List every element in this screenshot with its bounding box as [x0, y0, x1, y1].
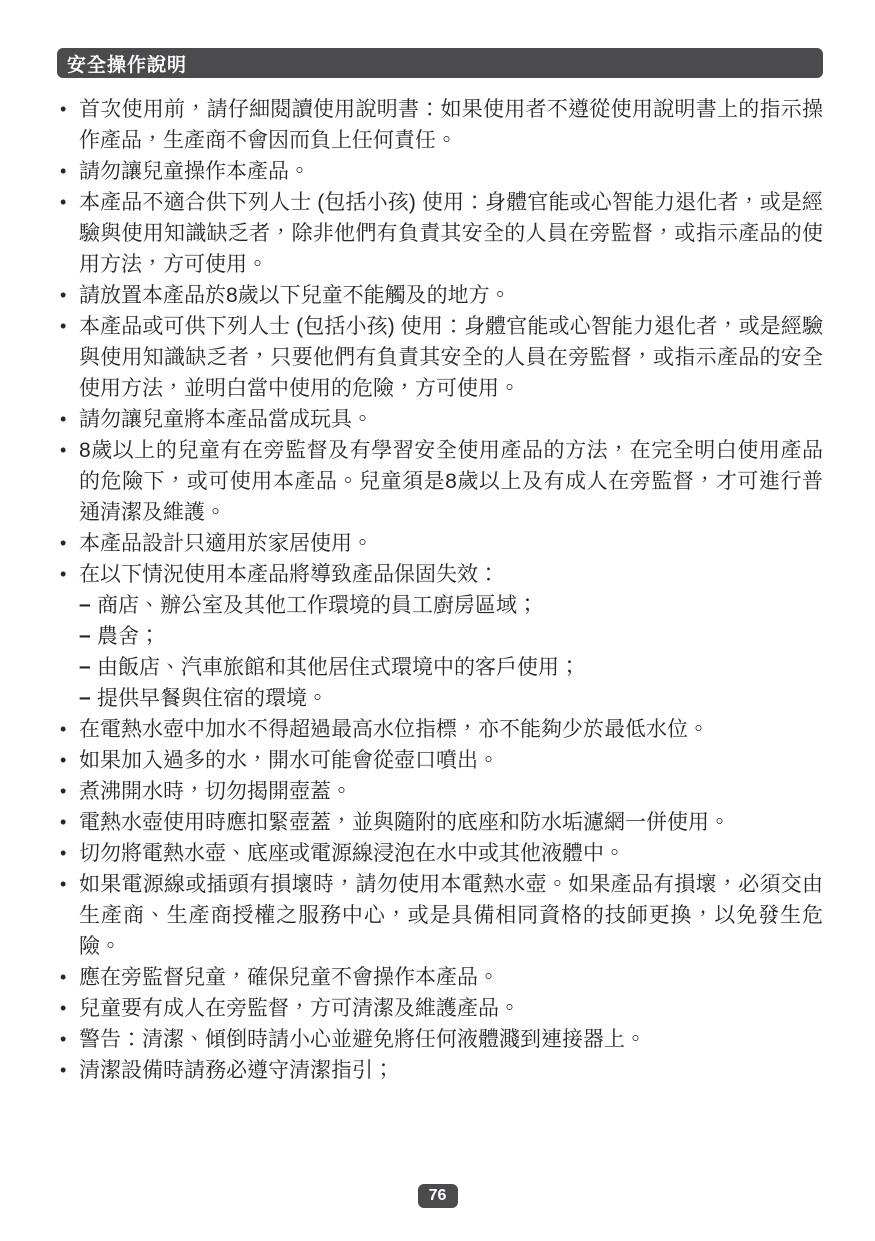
sub-item: – 由飯店、汽車旅館和其他居住式環境中的客戶使用；: [79, 652, 823, 683]
manual-page: 安全操作說明 • 首次使用前，請仔細閱讀使用說明書：如果使用者不遵從使用說明書上…: [0, 0, 875, 1241]
safety-bullet: • 本產品或可供下列人士 (包括小孩) 使用：身體官能或心智能力退化者，或是經驗…: [57, 311, 823, 404]
warranty-void-sub-list: – 商店、辦公室及其他工作環境的員工廚房區域； – 農舍； – 由飯店、汽車旅館…: [79, 590, 823, 714]
bullet-text: 警告：清潔、傾倒時請小心並避免將任何液體濺到連接器上。: [79, 1028, 646, 1051]
bullet-text: 如果電源線或插頭有損壞時，請勿使用本電熱水壺。如果產品有損壞，必須交由生產商、生…: [79, 873, 823, 958]
bullet-icon: •: [60, 807, 66, 838]
bullet-icon: •: [60, 869, 66, 900]
bullet-text: 本產品設計只適用於家居使用。: [79, 532, 373, 555]
bullet-icon: •: [60, 1055, 66, 1086]
bullet-icon: •: [60, 280, 66, 311]
safety-bullet: • 清潔設備時請務必遵守清潔指引；: [57, 1055, 823, 1086]
bullet-text: 煮沸開水時，切勿揭開壺蓋。: [79, 780, 352, 803]
safety-bullet: • 首次使用前，請仔細閱讀使用說明書：如果使用者不遵從使用說明書上的指示操作產品…: [57, 94, 823, 156]
sub-item: – 商店、辦公室及其他工作環境的員工廚房區域；: [79, 590, 823, 621]
bullet-text: 清潔設備時請務必遵守清潔指引；: [79, 1059, 394, 1082]
bullet-icon: •: [60, 528, 66, 559]
bullet-text: 在電熱水壺中加水不得超過最高水位指標，亦不能夠少於最低水位。: [79, 718, 709, 741]
safety-bullet: • 應在旁監督兒童，確保兒童不會操作本產品。: [57, 962, 823, 993]
safety-bullet: • 切勿將電熱水壺、底座或電源線浸泡在水中或其他液體中。: [57, 838, 823, 869]
bullet-icon: •: [60, 156, 66, 187]
safety-bullet: • 在以下情況使用本產品將導致產品保固失效： – 商店、辦公室及其他工作環境的員…: [57, 559, 823, 714]
sub-item-text: 提供早餐與住宿的環境。: [97, 687, 328, 710]
bullet-text: 請勿讓兒童將本產品當成玩具。: [79, 408, 373, 431]
safety-bullet: • 警告：清潔、傾倒時請小心並避免將任何液體濺到連接器上。: [57, 1024, 823, 1055]
sub-item-text: 由飯店、汽車旅館和其他居住式環境中的客戶使用；: [97, 656, 580, 679]
sub-item-text: 商店、辦公室及其他工作環境的員工廚房區域；: [97, 594, 538, 617]
bullet-icon: •: [60, 714, 66, 745]
safety-bullet: • 如果電源線或插頭有損壞時，請勿使用本電熱水壺。如果產品有損壞，必須交由生產商…: [57, 869, 823, 962]
safety-bullet: • 本產品設計只適用於家居使用。: [57, 528, 823, 559]
bullet-text: 應在旁監督兒童，確保兒童不會操作本產品。: [79, 966, 499, 989]
bullet-icon: •: [60, 435, 66, 466]
dash-icon: –: [79, 651, 91, 682]
bullet-icon: •: [60, 404, 66, 435]
bullet-icon: •: [60, 838, 66, 869]
bullet-text: 8歲以上的兒童有在旁監督及有學習安全使用產品的方法，在完全明白使用產品的危險下，…: [79, 439, 823, 524]
safety-bullet: • 8歲以上的兒童有在旁監督及有學習安全使用產品的方法，在完全明白使用產品的危險…: [57, 435, 823, 528]
sub-item: – 提供早餐與住宿的環境。: [79, 683, 823, 714]
safety-bullet: • 請勿讓兒童將本產品當成玩具。: [57, 404, 823, 435]
safety-bullet: • 如果加入過多的水，開水可能會從壺口噴出。: [57, 745, 823, 776]
bullet-text: 如果加入過多的水，開水可能會從壺口噴出。: [79, 749, 499, 772]
bullet-icon: •: [60, 187, 66, 218]
safety-list: • 首次使用前，請仔細閱讀使用說明書：如果使用者不遵從使用說明書上的指示操作產品…: [57, 94, 823, 1086]
bullet-text: 在以下情況使用本產品將導致產品保固失效：: [79, 563, 499, 586]
dash-icon: –: [79, 682, 91, 713]
section-title: 安全操作說明: [67, 50, 187, 77]
bullet-icon: •: [60, 559, 66, 590]
bullet-text: 首次使用前，請仔細閱讀使用說明書：如果使用者不遵從使用說明書上的指示操作產品，生…: [79, 98, 823, 152]
sub-item: – 農舍；: [79, 621, 823, 652]
bullet-text: 切勿將電熱水壺、底座或電源線浸泡在水中或其他液體中。: [79, 842, 625, 865]
dash-icon: –: [79, 589, 91, 620]
safety-bullet: • 請勿讓兒童操作本產品。: [57, 156, 823, 187]
safety-bullet: • 請放置本產品於8歲以下兒童不能觸及的地方。: [57, 280, 823, 311]
safety-bullet: • 兒童要有成人在旁監督，方可清潔及維護產品。: [57, 993, 823, 1024]
bullet-text: 本產品或可供下列人士 (包括小孩) 使用：身體官能或心智能力退化者，或是經驗與使…: [79, 315, 823, 400]
bullet-text: 請放置本產品於8歲以下兒童不能觸及的地方。: [79, 284, 511, 307]
bullet-icon: •: [60, 962, 66, 993]
page-number: 76: [429, 1187, 447, 1205]
bullet-icon: •: [60, 94, 66, 125]
sub-item-text: 農舍；: [97, 625, 160, 648]
bullet-text: 請勿讓兒童操作本產品。: [79, 160, 310, 183]
page-number-badge: 76: [418, 1184, 458, 1208]
safety-bullet: • 煮沸開水時，切勿揭開壺蓋。: [57, 776, 823, 807]
dash-icon: –: [79, 620, 91, 651]
section-header-bar: 安全操作說明: [57, 48, 823, 78]
safety-bullet: • 本產品不適合供下列人士 (包括小孩) 使用：身體官能或心智能力退化者，或是經…: [57, 187, 823, 280]
bullet-text: 電熱水壺使用時應扣緊壺蓋，並與隨附的底座和防水垢濾網一併使用。: [79, 811, 730, 834]
bullet-icon: •: [60, 311, 66, 342]
bullet-text: 本產品不適合供下列人士 (包括小孩) 使用：身體官能或心智能力退化者，或是經驗與…: [79, 191, 823, 276]
bullet-icon: •: [60, 993, 66, 1024]
bullet-text: 兒童要有成人在旁監督，方可清潔及維護產品。: [79, 997, 520, 1020]
safety-bullet: • 電熱水壺使用時應扣緊壺蓋，並與隨附的底座和防水垢濾網一併使用。: [57, 807, 823, 838]
bullet-icon: •: [60, 745, 66, 776]
safety-instructions: • 首次使用前，請仔細閱讀使用說明書：如果使用者不遵從使用說明書上的指示操作產品…: [57, 94, 823, 1086]
page-footer: 76: [0, 1184, 875, 1208]
bullet-icon: •: [60, 1024, 66, 1055]
safety-bullet: • 在電熱水壺中加水不得超過最高水位指標，亦不能夠少於最低水位。: [57, 714, 823, 745]
bullet-icon: •: [60, 776, 66, 807]
